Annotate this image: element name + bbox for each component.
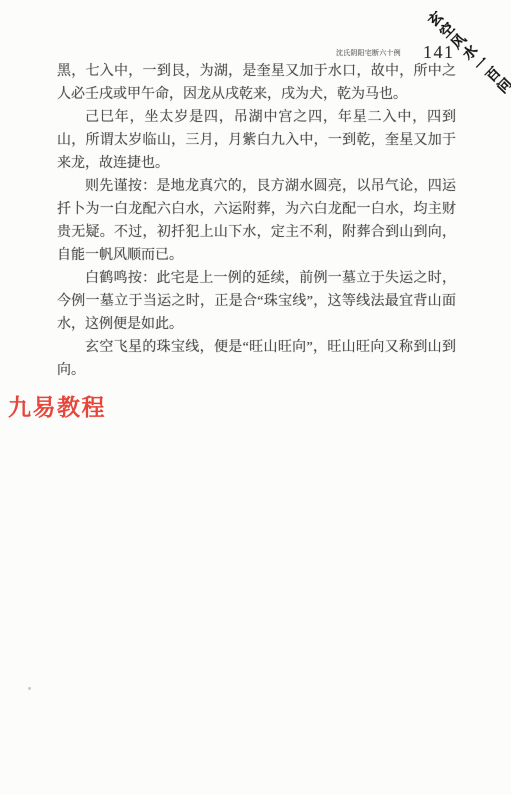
running-header-title: 沈氏阴阳宅断六十例 bbox=[336, 48, 400, 58]
site-watermark: 九易教程 bbox=[8, 389, 106, 422]
paragraph: 玄空飞星的珠宝线，便是“旺山旺向”，旺山旺向又称到山到向。 bbox=[57, 336, 456, 382]
paragraph: 白鹤鸣按：此宅是上一例的延续，前例一墓立于失运之时，今例一墓立于当运之时，正是合… bbox=[57, 267, 456, 336]
paragraph: 则先谨按：是地龙真穴的，艮方湖水圆亮，以吊气论，四运扦卜为一白龙配六白水，六运附… bbox=[57, 175, 456, 267]
paragraph: 黑，七入中，一到艮，为湖，是奎星又加于水口，故中，所中之人必壬戌或甲午命，因龙从… bbox=[57, 60, 456, 106]
scanned-book-page: 沈氏阴阳宅断六十例 141 玄空风水一百问 黑，七入中，一到艮，为湖，是奎星又加… bbox=[0, 0, 511, 795]
body-text: 黑，七入中，一到艮，为湖，是奎星又加于水口，故中，所中之人必壬戌或甲午命，因龙从… bbox=[57, 60, 456, 382]
scan-speck bbox=[28, 687, 31, 690]
paragraph: 己巳年，坐太岁是四，吊湖中宫之四，年星二入中，四到山，所谓太岁临山，三月，月紫白… bbox=[57, 106, 456, 175]
